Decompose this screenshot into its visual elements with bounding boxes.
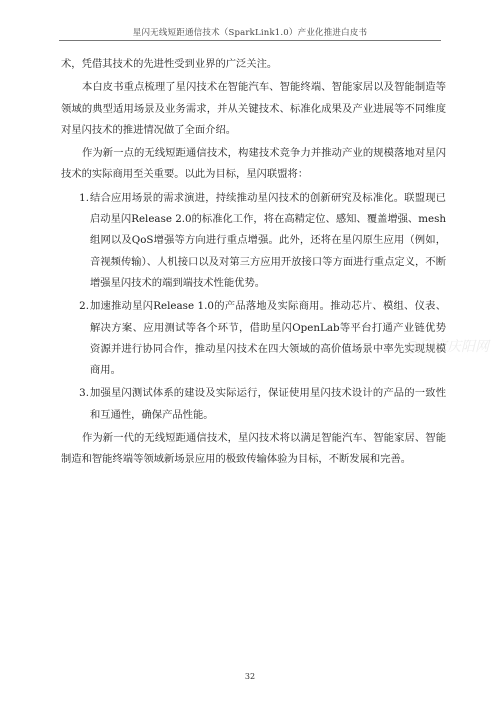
page-body: 术，凭借其技术的先进性受到业界的广泛关注。 本白皮书重点梳理了星闪技术在智能汽车…	[61, 54, 446, 471]
list-number: 3.	[69, 383, 93, 404]
list-item: 1. 结合应用场景的需求演进，持续推动星闪技术的创新研究及标准化。联盟现已启动星…	[61, 188, 446, 294]
list-item: 3. 加强星闪测试体系的建设及实际运行，保证使用星闪技术设计的产品的一致性和互通…	[61, 383, 446, 426]
paragraph-goal: 作为新一点的无线短距通信技术，构建技术竞争力并推动产业的规模落地对星闪技术的实际…	[61, 143, 446, 186]
list-text: 加速推动星闪Release 1.0的产品落地及实际商用。推动芯片、模组、仪表、解…	[90, 296, 446, 381]
list-number: 2.	[69, 296, 93, 317]
page-number: 32	[0, 672, 500, 681]
paragraph-continuation: 术，凭借其技术的先进性受到业界的广泛关注。	[61, 54, 446, 75]
list-number: 1.	[69, 188, 93, 209]
list-item: 2. 加速推动星闪Release 1.0的产品落地及实际商用。推动芯片、模组、仪…	[61, 296, 446, 381]
document-title: 星闪无线短距通信技术（SparkLink1.0）产业化推进白皮书	[60, 26, 440, 38]
header-divider	[59, 40, 441, 41]
list-text: 加强星闪测试体系的建设及实际运行，保证使用星闪技术设计的产品的一致性和互通性，确…	[90, 383, 446, 426]
list-text: 结合应用场景的需求演进，持续推动星闪技术的创新研究及标准化。联盟现已启动星闪Re…	[90, 188, 446, 294]
paragraph-closing: 作为新一代的无线短距通信技术，星闪技术将以满足智能汽车、智能家居、智能制造和智能…	[61, 428, 446, 471]
paragraph-summary: 本白皮书重点梳理了星闪技术在智能汽车、智能终端、智能家居以及智能制造等领域的典型…	[61, 77, 446, 141]
watermark: @印家庆阳网	[405, 336, 489, 356]
